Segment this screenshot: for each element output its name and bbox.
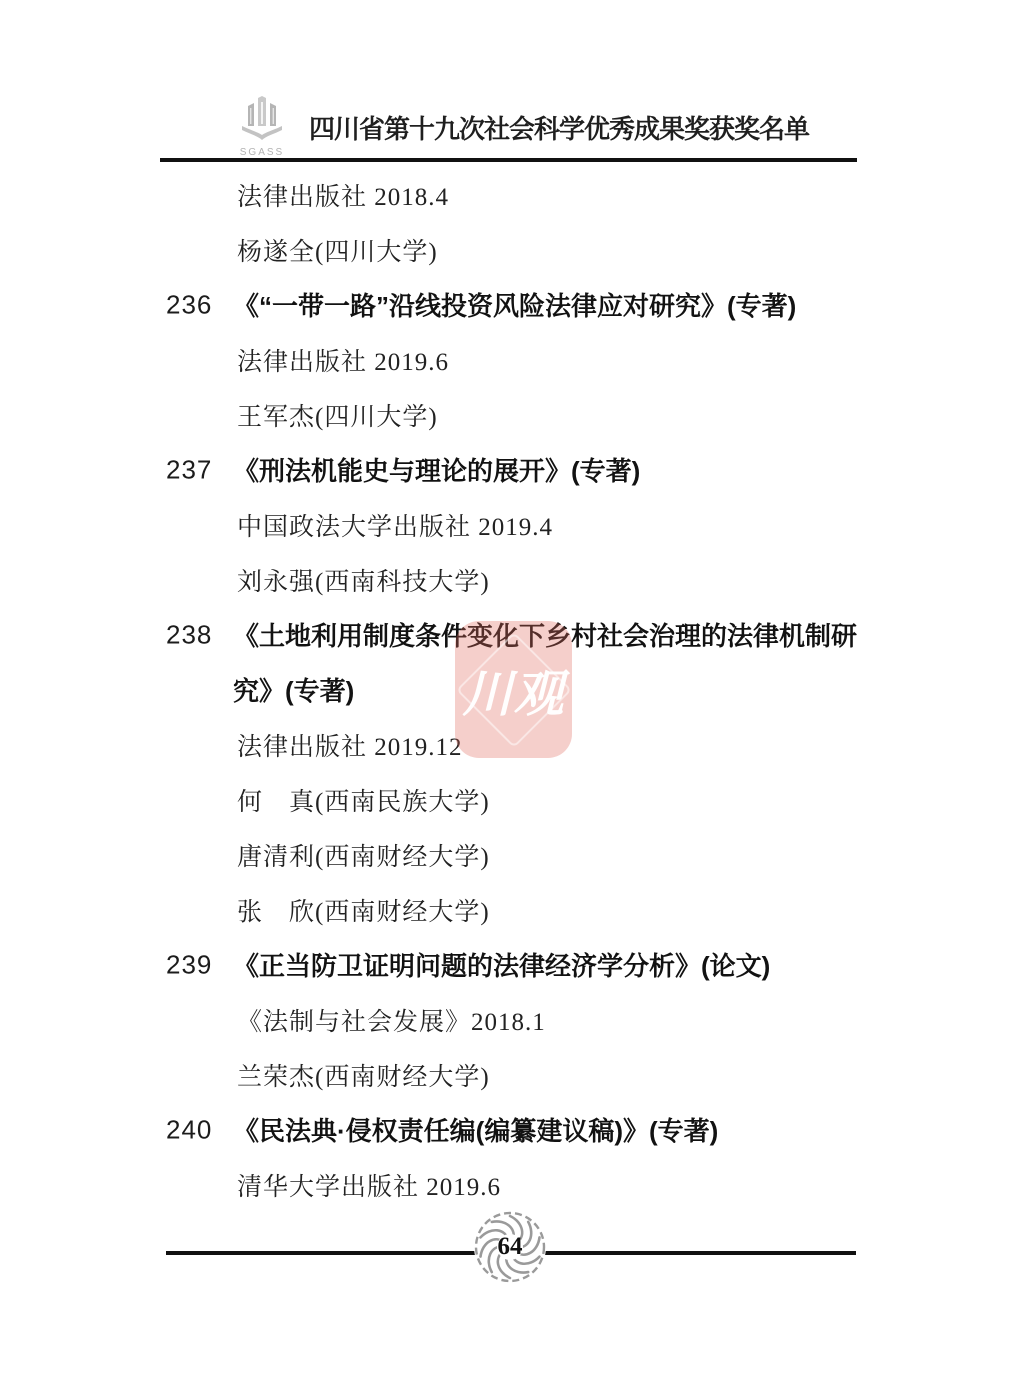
list-item: 240 《民法典·侵权责任编(编纂建议稿)》(专著)	[160, 1102, 860, 1157]
entry-text: 唐清利(西南财经大学)	[160, 837, 490, 873]
entry-text: 《法制与社会发展》2018.1	[160, 1002, 546, 1038]
list-item: 236 《“一带一路”沿线投资风险法律应对研究》(专著)	[160, 277, 860, 332]
entry-text: 《刑法机能史与理论的展开》(专著)	[160, 451, 640, 488]
page-number: 64	[471, 1208, 549, 1286]
entry-text: 《土地利用制度条件变化下乡村社会治理的法律机制研	[160, 616, 857, 653]
header-divider	[160, 158, 857, 162]
entry-text: 王军杰(四川大学)	[160, 397, 438, 433]
entry-text: 《正当防卫证明问题的法律经济学分析》(论文)	[160, 946, 770, 983]
entry-text: 清华大学出版社 2019.6	[160, 1167, 501, 1203]
entry-number: 236	[166, 289, 212, 320]
entry-number: 239	[166, 949, 212, 980]
list-item: 法律出版社 2019.12	[160, 717, 860, 772]
entry-text: 中国政法大学出版社 2019.4	[160, 507, 553, 543]
document-page: { "header": { "title": "四川省第十九次社会科学优秀成果奖…	[0, 0, 1024, 1380]
entry-text: 法律出版社 2019.12	[160, 727, 463, 763]
entry-text: 何 真(西南民族大学)	[160, 782, 490, 818]
list-item: 《法制与社会发展》2018.1	[160, 992, 860, 1047]
entry-text: 《民法典·侵权责任编(编纂建议稿)》(专著)	[160, 1111, 718, 1148]
entry-number: 237	[166, 454, 212, 485]
list-item: 王军杰(四川大学)	[160, 387, 860, 442]
list-item: 兰荣杰(西南财经大学)	[160, 1047, 860, 1102]
sgass-logo-text: SGASS	[228, 147, 296, 158]
list-item: 237 《刑法机能史与理论的展开》(专著)	[160, 442, 860, 497]
list-item: 中国政法大学出版社 2019.4	[160, 497, 860, 552]
entry-text: 杨遂全(四川大学)	[160, 232, 438, 268]
entry-text: 张 欣(西南财经大学)	[160, 892, 490, 928]
page-number-medallion: 64	[471, 1208, 549, 1286]
awards-list: 法律出版社 2018.4 杨遂全(四川大学) 236 《“一带一路”沿线投资风险…	[160, 167, 860, 1212]
list-item: 究》(专著)	[160, 662, 860, 717]
list-item: 张 欣(西南财经大学)	[160, 882, 860, 937]
list-item: 法律出版社 2019.6	[160, 332, 860, 387]
list-item: 清华大学出版社 2019.6	[160, 1157, 860, 1212]
entry-text: 兰荣杰(西南财经大学)	[160, 1057, 490, 1093]
entry-text: 法律出版社 2018.4	[160, 177, 449, 213]
list-item: 唐清利(西南财经大学)	[160, 827, 860, 882]
list-item: 法律出版社 2018.4	[160, 167, 860, 222]
page-header: SGASS 四川省第十九次社会科学优秀成果奖获奖名单	[0, 0, 1024, 170]
page-title: 四川省第十九次社会科学优秀成果奖获奖名单	[309, 109, 809, 146]
list-item: 239 《正当防卫证明问题的法律经济学分析》(论文)	[160, 937, 860, 992]
list-item: 刘永强(西南科技大学)	[160, 552, 860, 607]
list-item: 何 真(西南民族大学)	[160, 772, 860, 827]
entry-text: 究》(专著)	[160, 671, 354, 708]
sgass-logo: SGASS	[228, 96, 296, 162]
entry-number: 240	[166, 1114, 212, 1145]
entry-text: 法律出版社 2019.6	[160, 342, 449, 378]
sgass-logo-icon	[228, 96, 296, 146]
entry-number: 238	[166, 619, 212, 650]
entry-text: 《“一带一路”沿线投资风险法律应对研究》(专著)	[160, 286, 796, 323]
entry-text: 刘永强(西南科技大学)	[160, 562, 490, 598]
list-item: 杨遂全(四川大学)	[160, 222, 860, 277]
list-item: 238 《土地利用制度条件变化下乡村社会治理的法律机制研	[160, 607, 860, 662]
